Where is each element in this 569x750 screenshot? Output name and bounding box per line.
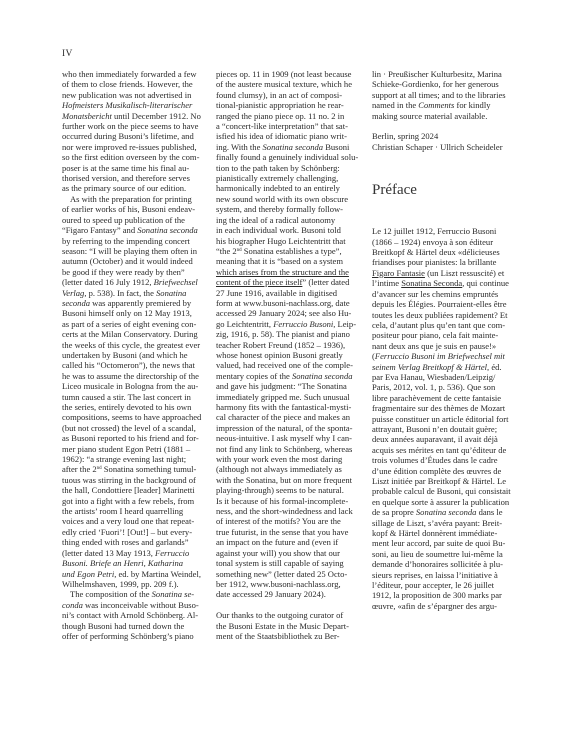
- text-line: attrayant, Busoni n’en doutait guère;: [372, 424, 524, 434]
- text-line: neous-intuitive. I ask myself why I can-: [216, 433, 364, 443]
- text-line: trois volumes d’Études dans le cadre: [372, 455, 524, 465]
- text-line: impression of the natural, of the sponta…: [216, 423, 364, 433]
- text-line: 1962): “a strange evening last night;: [62, 454, 210, 464]
- text-line: soni, au lieu de soumettre lui-même la: [372, 549, 524, 559]
- text-line: toutes les deux publiées rapidement? Et: [372, 310, 524, 320]
- underlined-quote: which arises from the structure and the: [216, 267, 349, 277]
- text-line: accessed 29 January 2024; see also Hu-: [216, 308, 364, 318]
- signature-authors: Christian Schaper · Ullrich Scheideler: [372, 142, 524, 152]
- text-line: (letter dated 13 May 1913, Ferruccio: [62, 548, 210, 558]
- text-line: and gave his judgment: “The Sonatina: [216, 381, 364, 391]
- text-line: content of the piece itself” (letter dat…: [216, 277, 364, 287]
- text-line: whose honest opinion Busoni greatly: [216, 350, 364, 360]
- underlined-quote: content of the piece itself: [216, 277, 302, 287]
- text-line: Busoni himself only on 12 May 1913,: [62, 308, 210, 318]
- text-line: immediately gripped me. Such unusual: [216, 392, 364, 402]
- text-line: positeur pour piano, cela fait mainte-: [372, 330, 524, 340]
- signature-place-date: Berlin, spring 2024: [372, 131, 524, 141]
- text-line: sillage de Liszt, s’avéra payant: Breit-: [372, 518, 524, 528]
- text-line: he was to assume the directorship of the: [62, 371, 210, 381]
- text-line: by referring to the impending concert: [62, 236, 210, 246]
- text-line: finally found a genuinely individual sol…: [216, 152, 364, 162]
- text-line: oured to speed up publication of the: [62, 215, 210, 225]
- column-2-english-text: pieces op. 11 in 1909 (not least because…: [216, 69, 364, 641]
- text-line: “the 2nd Sonatina establishes a type”,: [216, 246, 364, 256]
- text-line: (1866 – 1924) envoya à son éditeur: [372, 237, 524, 247]
- text-line: isfied his idea of idiomatic piano writ-: [216, 131, 364, 141]
- italic-title: Monatsbericht: [62, 111, 112, 121]
- text-line: poser is at the same time his final au-: [62, 163, 210, 173]
- text-line: true futurist, in the sense that you hav…: [216, 527, 364, 537]
- text-line: tion to the path taken by Schönberg:: [216, 163, 364, 173]
- text-line: pianistically extremely challenging,: [216, 173, 364, 183]
- text-line: autumn (October) and it would indeed: [62, 256, 210, 266]
- text-line: œuvre, «afin de s’épargner des argu-: [372, 601, 524, 611]
- text-line: date accessed 29 January 2024).: [216, 589, 364, 599]
- text-line: of the austere musical texture, which he: [216, 79, 364, 89]
- text-line: ranged the piano piece op. 11 no. 2 in: [216, 111, 364, 121]
- text-line: ni’s contact with Arnold Schönberg. Al-: [62, 610, 210, 620]
- text-line: thing ended with roses and garlands”: [62, 537, 210, 547]
- column-3-text: lin · Preußischer Kulturbesitz, Marina S…: [372, 69, 524, 611]
- text-line: voices and a very loud one that repeat-: [62, 516, 210, 526]
- text-line: ment of the Staatsbibliothek zu Ber-: [216, 631, 364, 641]
- text-line: which arises from the structure and the: [216, 267, 364, 277]
- text-line: ing. With the Sonatina seconda Busoni: [216, 142, 364, 152]
- text-line: harmony fits with the fantastical-mysti-: [216, 402, 364, 412]
- text-line: en quelque sorte à assurer la publicatio…: [372, 497, 524, 507]
- text-line: mer piano student Egon Petri (1881 –: [62, 444, 210, 454]
- italic-title: Hofmeisters Musikalisch-literarischer: [62, 100, 192, 110]
- text-line: Is it because of his formal-incomplete-: [216, 496, 364, 506]
- text-line: of interest of the motifs? You are the: [216, 516, 364, 526]
- text-line: The composition of the Sonatina se-: [62, 589, 210, 599]
- text-line: valued, had received one of the comple-: [216, 360, 364, 370]
- text-line: playing-through) seems to be natural.: [216, 485, 364, 495]
- text-line: puisse constituer un article éditorial f…: [372, 414, 524, 424]
- text-line: ment leur accord, par suite de quoi Bu-: [372, 538, 524, 548]
- text-line: new sound world with its own obscure: [216, 194, 364, 204]
- section-gap: [372, 199, 524, 226]
- text-line: As with the preparation for printing: [62, 194, 210, 204]
- text-line: “Figaro Fantasy” and Sonatina seconda: [62, 225, 210, 235]
- text-line: though Busoni had turned down the: [62, 621, 210, 631]
- text-line: fragmentaire sur des thèmes de Mozart: [372, 403, 524, 413]
- text-line: seconda was apparently premiered by: [62, 298, 210, 308]
- text-line: compositions, seems to have approached: [62, 412, 210, 422]
- text-line: nor were improved re-issues published,: [62, 142, 210, 152]
- text-line: Hofmeisters Musikalisch-literarischer: [62, 100, 210, 110]
- text-line: kopf & Härtel donnèrent immédiate-: [372, 528, 524, 538]
- text-line: zig, 1916, p. 58). The pianist and piano: [216, 329, 364, 339]
- text-line: sieurs reprises, en laissa l’initiative …: [372, 570, 524, 580]
- text-line: of them to close friends. However, the: [62, 79, 210, 89]
- text-line: und Egon Petri, ed. by Martina Weindel,: [62, 569, 210, 579]
- text-line: par Eva Hanau, Wiesbaden/Leipzig/: [372, 372, 524, 382]
- text-line: acquis ses mérites en tant qu’éditeur de: [372, 445, 524, 455]
- text-line: Wilhelmshaven, 1999, pp. 209 f.).: [62, 579, 210, 589]
- text-line: undertaken by Busoni (and which he: [62, 350, 210, 360]
- preface-heading: Préface: [372, 181, 524, 199]
- text-line: the artists’ room I heard quarrelling: [62, 506, 210, 516]
- text-line: cal character of the piece and makes an: [216, 412, 364, 422]
- text-line: the Busoni Estate in the Music Depart-: [216, 621, 364, 631]
- text-line: found clumsy), in an act of composi-: [216, 90, 364, 100]
- text-line: with the Sonatina, but on more frequent: [216, 475, 364, 485]
- text-line: ing the ideal of a radical autonomy: [216, 215, 364, 225]
- text-line: go Leichtentritt, Ferruccio Busoni, Leip…: [216, 319, 364, 329]
- text-line: form at www.busoni-nachlass.org, date: [216, 298, 364, 308]
- text-line: (although not always immediately as: [216, 464, 364, 474]
- text-line: seinem Verlag Breitkopf & Härtel, éd.: [372, 362, 524, 372]
- text-line: as part of a series of eight evening con…: [62, 319, 210, 329]
- text-line: with your work even the most daring: [216, 454, 364, 464]
- text-line: Busoni. Briefe an Henri, Katharina: [62, 558, 210, 568]
- text-line: not find any link to Schönberg, whereas: [216, 444, 364, 454]
- text-line: conda was inconceivable without Buso-: [62, 600, 210, 610]
- section-gap: [372, 152, 524, 179]
- text-line: in each individual work. Busoni told: [216, 225, 364, 235]
- text-line: Le 12 juillet 1912, Ferruccio Busoni: [372, 226, 524, 236]
- text-line: a “concert-like interpretation” that sat…: [216, 121, 364, 131]
- text-line: system, and thereby formally follow-: [216, 204, 364, 214]
- text-line: Schieke-Gordienko, for her generous: [372, 79, 524, 89]
- text-line: the series, entirely devoted to his own: [62, 402, 210, 412]
- text-line: be good if they were ready by then”: [62, 267, 210, 277]
- text-line: new publication was not advertised in: [62, 90, 210, 100]
- text-line: the hall, Condottiere [leader] Marinetti: [62, 485, 210, 495]
- text-line: certs at the Milan Conservatory. During: [62, 329, 210, 339]
- text-line: (Ferruccio Busoni im Briefwechsel mit: [372, 351, 524, 361]
- text-line: d’avancer sur les chemins empruntés: [372, 289, 524, 299]
- text-line: de sa propre Sonatina seconda dans le: [372, 507, 524, 517]
- text-line: season: “I will be playing them often in: [62, 246, 210, 256]
- text-line: against your will) you show that our: [216, 548, 364, 558]
- text-line: as Busoni reported to his friend and for…: [62, 433, 210, 443]
- text-line: his biographer Hugo Leichtentritt that: [216, 236, 364, 246]
- text-line: got into a fight with a few rebels, from: [62, 496, 210, 506]
- text-line: who then immediately forwarded a few: [62, 69, 210, 79]
- text-line: ness, and the short-windedness and lack: [216, 506, 364, 516]
- text-line: further work on the piece seems to have: [62, 121, 210, 131]
- text-line: Monatsbericht until December 1912. No: [62, 111, 210, 121]
- text-line: thorised version, and therefore serves: [62, 173, 210, 183]
- text-line: libre parachèvement de cette fantaisie: [372, 393, 524, 403]
- text-line: teacher Robert Freund (1852 – 1936),: [216, 340, 364, 350]
- text-line: named in the Comments for kindly: [372, 100, 524, 110]
- text-line: occurred during Busoni’s lifetime, and: [62, 131, 210, 141]
- text-line: cela, d’autant plus qu’en tant que com-: [372, 320, 524, 330]
- column-1-english-text: who then immediately forwarded a few of …: [62, 69, 210, 641]
- text-line: Figaro Fantasie (un Liszt ressuscité) et: [372, 268, 524, 278]
- text-line: demande d’honoraires sollicitée à plu-: [372, 559, 524, 569]
- text-line: Verlag, p. 538). In fact, the Sonatina: [62, 288, 210, 298]
- text-line: tuous was stirring in the background of: [62, 475, 210, 485]
- text-line: something new” (letter dated 25 Octo-: [216, 569, 364, 579]
- paragraph-gap: [372, 121, 524, 131]
- text-line: l’éditeur, pour accepter, le 26 juillet: [372, 580, 524, 590]
- text-line: tumn caused a stir. The last concert in: [62, 392, 210, 402]
- text-line: mentary copies of the Sonatina seconda: [216, 371, 364, 381]
- text-line: 1912, la proposition de 300 marks par: [372, 590, 524, 600]
- text-line: edly cried ‘Fuori’! [Out!] – but every-: [62, 527, 210, 537]
- text-line: d’une édition complète des œuvres de: [372, 466, 524, 476]
- text-line: ber 1912, www.busoni-nachlass.org,: [216, 579, 364, 589]
- text-line: l’intime Sonatina Seconda, qui continue: [372, 278, 524, 288]
- text-line: pieces op. 11 in 1909 (not least because: [216, 69, 364, 79]
- text-line: (letter dated 16 July 1912, Briefwechsel: [62, 277, 210, 287]
- text-line: friandises pour pianistes: la brillante: [372, 257, 524, 267]
- text-line: Breitkopf & Härtel deux «délicieuses: [372, 247, 524, 257]
- text-line: so the first edition overseen by the com…: [62, 152, 210, 162]
- text-line: called his “Octomeron”), the news that: [62, 360, 210, 370]
- text-line: lin · Preußischer Kulturbesitz, Marina: [372, 69, 524, 79]
- text-line: probable calcul de Busoni, qui consistai…: [372, 486, 524, 496]
- text-line: 27 June 1916, available in digitised: [216, 288, 364, 298]
- text-line: Liszt initiée par Breitkopf & Härtel. Le: [372, 476, 524, 486]
- text-line: nant deux ans que je suis en pause!»: [372, 341, 524, 351]
- text-line: harmonically indebted to an entirely: [216, 183, 364, 193]
- text-line: making source material available.: [372, 111, 524, 121]
- page-number: IV: [62, 49, 73, 59]
- text-line: tional-pianistic appropriation he rear-: [216, 100, 364, 110]
- paragraph-gap: [216, 600, 364, 610]
- text-line: (but not crossed) the level of a scandal…: [62, 423, 210, 433]
- text-line: support at all times; and to the librari…: [372, 90, 524, 100]
- text-line: Our thanks to the outgoing curator of: [216, 610, 364, 620]
- text-line: Liceo musicale in Bologna from the au-: [62, 381, 210, 391]
- text-line: of earlier works of his, Busoni endeav-: [62, 204, 210, 214]
- text-line: the weeks of this cycle, the greatest ev…: [62, 340, 210, 350]
- text-line: tonal system is still capable of saying: [216, 558, 364, 568]
- text-line: Paris, 2012, vol. 1, p. 536). Que son: [372, 382, 524, 392]
- text-line: deux années auparavant, il avait déjà: [372, 434, 524, 444]
- text-line: depuis les Élégies. Pourraient-elles êtr…: [372, 299, 524, 309]
- text-line: as the primary source of our edition.: [62, 183, 210, 193]
- text-line: after the 2nd Sonatina something tumul-: [62, 464, 210, 474]
- text-line: an impact on the future and (even if: [216, 537, 364, 547]
- text-line: meaning that it is “based on a system: [216, 256, 364, 266]
- text-line: offer of performing Schönberg’s piano: [62, 631, 210, 641]
